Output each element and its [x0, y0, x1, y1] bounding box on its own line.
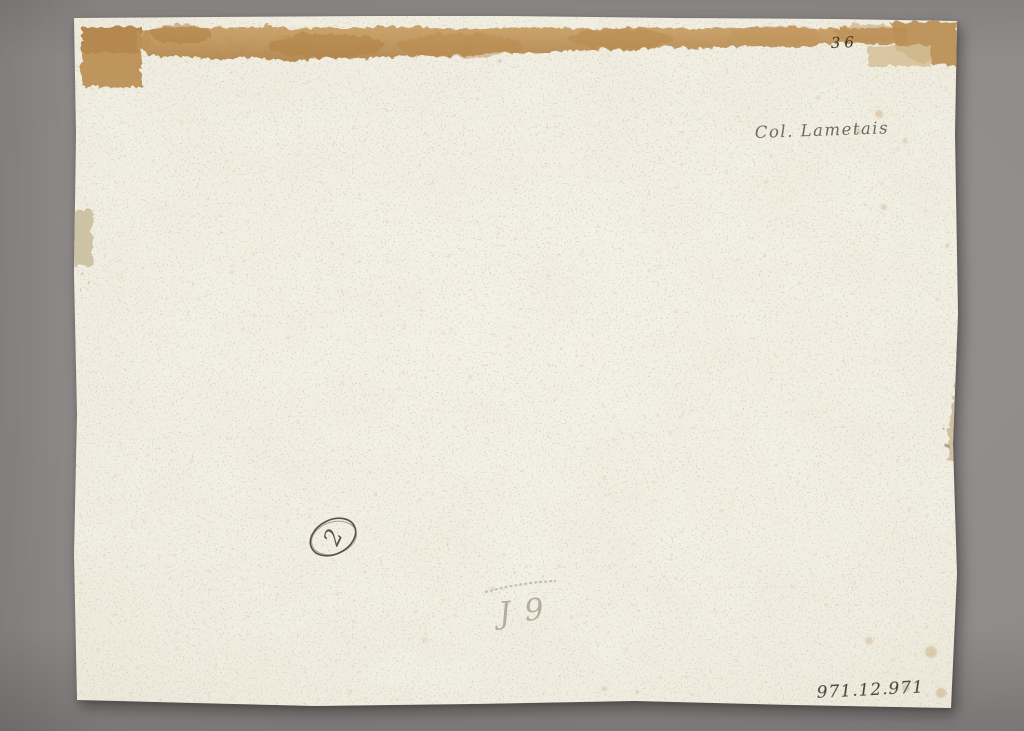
tape-residue-blob	[728, 24, 820, 42]
foxing-spot	[348, 690, 352, 694]
artwork-paper-verso: 36 Col. Lametais 2 J9 971.12.971	[74, 14, 958, 710]
tape-patch-top-right-light	[866, 44, 930, 64]
inscription-page-number: 36	[831, 33, 859, 52]
foxing-spot	[903, 139, 908, 144]
tape-residue-blob	[266, 32, 382, 56]
foxing-spot	[764, 180, 768, 184]
foxing-spot	[865, 637, 873, 645]
foxing-spot	[422, 637, 428, 643]
foxing-spot	[816, 96, 820, 100]
paper-shadow-wrap: 36 Col. Lametais 2 J9 971.12.971	[0, 0, 1024, 731]
paper-surface-svg: 36 Col. Lametais 2 J9 971.12.971	[74, 14, 958, 710]
foxing-spot	[945, 244, 949, 248]
photograph-background: 36 Col. Lametais 2 J9 971.12.971	[0, 0, 1024, 731]
tape-residue-gap	[282, 18, 318, 28]
foxing-spot	[875, 110, 883, 118]
tape-residue-blob	[149, 22, 209, 42]
foxing-spot	[602, 687, 607, 692]
foxing-spot	[635, 690, 639, 694]
foxing-spot	[881, 204, 887, 210]
foxing-spot	[936, 688, 946, 698]
tape-crumb	[77, 287, 79, 289]
stain-dot	[944, 442, 949, 447]
tape-remnant-left	[74, 208, 91, 264]
tape-patch-top-left-shade	[80, 25, 140, 51]
tape-residue-blob	[397, 32, 521, 56]
tape-residue-blob	[567, 27, 671, 47]
graphite-mark: J9	[491, 591, 559, 633]
stain-dot	[942, 427, 945, 430]
tape-crumb	[79, 271, 82, 274]
tape-patch-top-left-tail	[134, 30, 148, 48]
tape-residue-gap	[565, 18, 595, 26]
foxing-spot	[925, 646, 937, 658]
foxing-spot	[449, 327, 453, 331]
foxing-spot	[230, 270, 234, 274]
tape-crumb	[85, 279, 87, 281]
ink-speck	[499, 60, 502, 63]
